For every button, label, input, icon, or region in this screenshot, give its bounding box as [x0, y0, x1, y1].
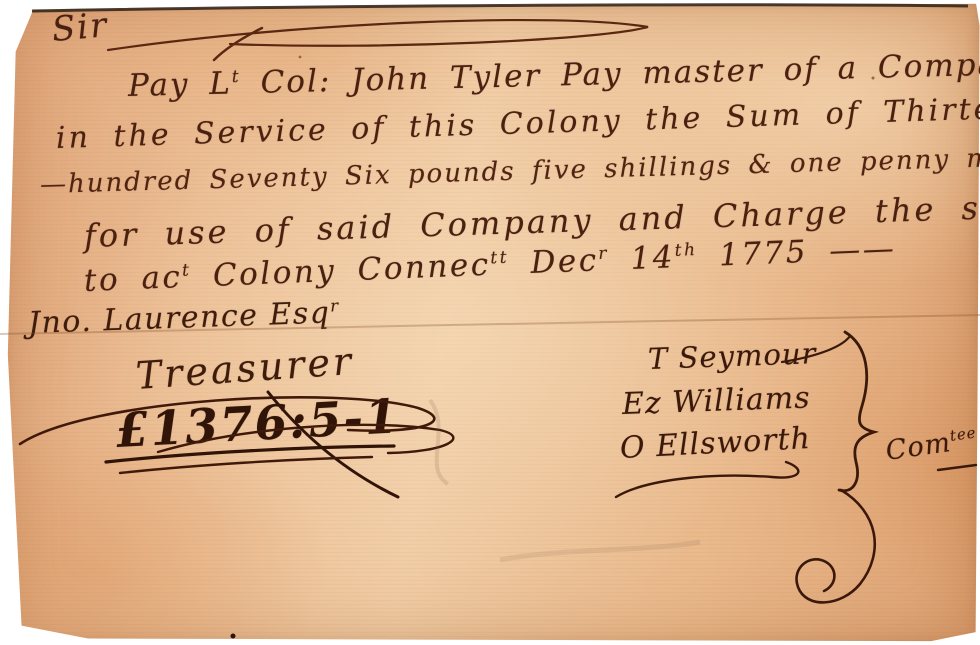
salutation-text: Sir: [50, 5, 110, 50]
signature-seymour: T Seymour: [647, 336, 817, 376]
signature-williams: Ez Williams: [621, 380, 811, 422]
scanned-manuscript-page: { "colors": { "ink": "#4a2110", "paper":…: [0, 0, 980, 645]
